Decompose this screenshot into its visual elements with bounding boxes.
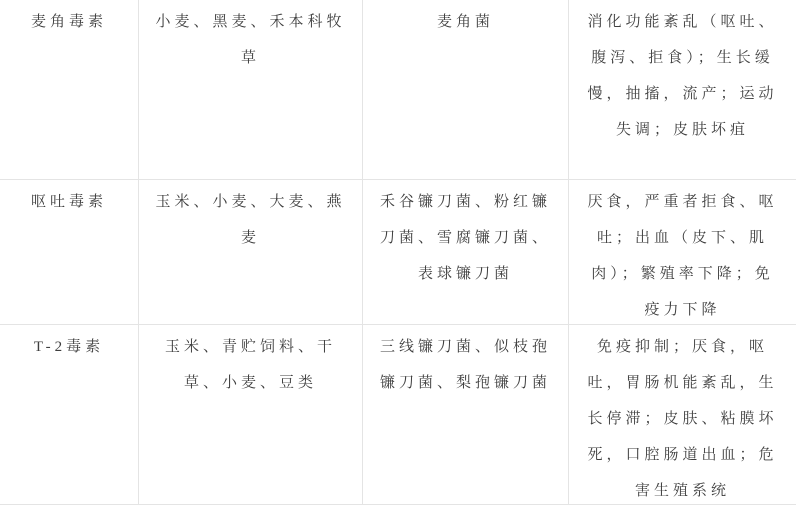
table-row: 麦角毒素 小麦、黑麦、禾本科牧 草 麦角菌 消化功能紊乱（呕吐、 腹泻、拒食）；… — [0, 0, 796, 180]
toxin-name-cell: 麦角毒素 — [0, 0, 139, 179]
toxin-name-cell: T-2毒素 — [0, 325, 139, 504]
source-fungi-cell: 禾谷镰刀菌、粉红镰 刀菌、雪腐镰刀菌、 表球镰刀菌 — [363, 180, 569, 324]
affected-feeds-cell: 玉米、小麦、大麦、燕 麦 — [139, 180, 363, 324]
affected-feeds-cell: 玉米、青贮饲料、干 草、小麦、豆类 — [139, 325, 363, 504]
table-row: T-2毒素 玉米、青贮饲料、干 草、小麦、豆类 三线镰刀菌、似枝孢 镰刀菌、梨孢… — [0, 325, 796, 505]
affected-feeds-cell: 小麦、黑麦、禾本科牧 草 — [139, 0, 363, 179]
symptoms-cell: 消化功能紊乱（呕吐、 腹泻、拒食）；生长缓 慢，抽搐，流产；运动 失调；皮肤坏疽 — [569, 0, 796, 179]
table-row: 呕吐毒素 玉米、小麦、大麦、燕 麦 禾谷镰刀菌、粉红镰 刀菌、雪腐镰刀菌、 表球… — [0, 180, 796, 325]
symptoms-cell: 免疫抑制；厌食，呕 吐，胃肠机能紊乱，生 长停滞；皮肤、粘膜坏 死，口腔肠道出血… — [569, 325, 796, 504]
source-fungi-cell: 麦角菌 — [363, 0, 569, 179]
symptoms-cell: 厌食，严重者拒食、呕 吐；出血（皮下、肌 肉）；繁殖率下降；免 疫力下降 — [569, 180, 796, 324]
document-page: 麦角毒素 小麦、黑麦、禾本科牧 草 麦角菌 消化功能紊乱（呕吐、 腹泻、拒食）；… — [0, 0, 800, 511]
source-fungi-cell: 三线镰刀菌、似枝孢 镰刀菌、梨孢镰刀菌 — [363, 325, 569, 504]
mycotoxin-table: 麦角毒素 小麦、黑麦、禾本科牧 草 麦角菌 消化功能紊乱（呕吐、 腹泻、拒食）；… — [0, 0, 796, 505]
toxin-name-cell: 呕吐毒素 — [0, 180, 139, 324]
